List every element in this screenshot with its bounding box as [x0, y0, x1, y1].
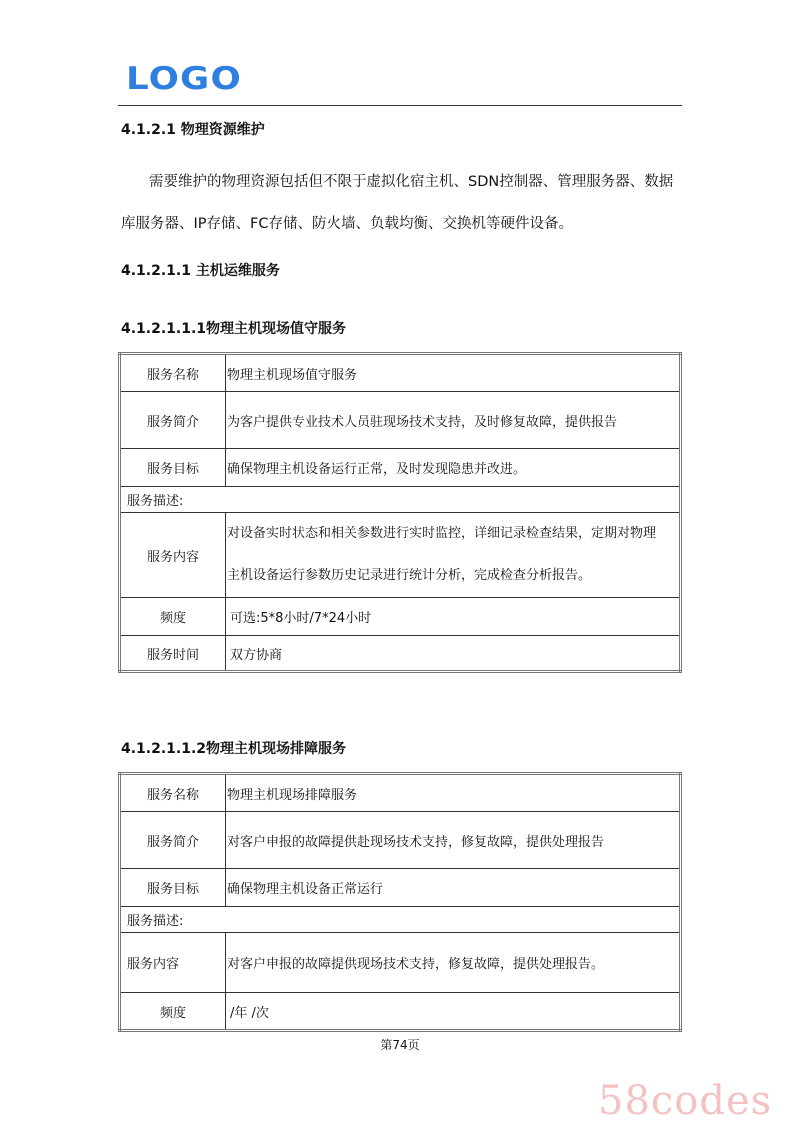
watermark: 58codes — [598, 1078, 772, 1124]
service-heading-2: 4.1.2.1.1.2物理主机现场排障服务 — [121, 739, 346, 759]
content-label: 服务内容 — [120, 513, 226, 598]
frequency-value: 可选:5*8小时/7*24小时 — [226, 598, 681, 636]
table-row: 服务名称 物理主机现场值守服务 — [120, 354, 681, 392]
row-value: 物理主机现场排障服务 — [226, 774, 681, 812]
table-row: 频度 /年 /次 — [120, 993, 681, 1031]
service-table-2: 服务名称 物理主机现场排障服务 服务简介 对客户申报的故障提供赴现场技术支持，修… — [118, 772, 682, 1032]
table-row: 服务简介 对客户申报的故障提供赴现场技术支持，修复故障，提供处理报告 — [120, 812, 681, 869]
row-label: 服务目标 — [120, 449, 226, 487]
description-label: 服务描述: — [120, 907, 681, 933]
row-value: 对客户申报的故障提供赴现场技术支持，修复故障，提供处理报告 — [226, 812, 681, 869]
time-label: 服务时间 — [120, 636, 226, 672]
content-line: 主机设备运行参数历史记录进行统计分析，完成检查分析报告。 — [227, 555, 679, 597]
table-row: 服务内容 对客户申报的故障提供现场技术支持，修复故障，提供处理报告。 — [120, 933, 681, 993]
paragraph-line: 库服务器、IP存储、FC存储、防火墙、负载均衡、交换机等硬件设备。 — [121, 212, 573, 233]
content-label: 服务内容 — [120, 933, 226, 993]
logo: LOGO — [126, 62, 242, 96]
table-row: 服务描述: — [120, 487, 681, 513]
content-line: 对客户申报的故障提供现场技术支持，修复故障，提供处理报告。 — [227, 953, 679, 972]
paragraph-line: 需要维护的物理资源包括但不限于虚拟化宿主机、SDN控制器、管理服务器、数据 — [149, 170, 673, 191]
table-row: 服务时间 双方协商 — [120, 636, 681, 672]
subsection-heading: 4.1.2.1.1 主机运维服务 — [121, 261, 280, 281]
content-line: 对设备实时状态和相关参数进行实时监控，详细记录检查结果，定期对物理 — [227, 513, 679, 555]
frequency-label: 频度 — [120, 598, 226, 636]
row-label: 服务简介 — [120, 392, 226, 449]
row-label: 服务简介 — [120, 812, 226, 869]
row-value: 为客户提供专业技术人员驻现场技术支持，及时修复故障，提供报告 — [226, 392, 681, 449]
table-row: 服务名称 物理主机现场排障服务 — [120, 774, 681, 812]
frequency-value: /年 /次 — [226, 993, 681, 1031]
table-row: 服务描述: — [120, 907, 681, 933]
time-value: 双方协商 — [226, 636, 681, 672]
row-value: 确保物理主机设备正常运行 — [226, 869, 681, 907]
section-heading: 4.1.2.1 物理资源维护 — [121, 120, 265, 140]
table-row: 服务内容 对设备实时状态和相关参数进行实时监控，详细记录检查结果，定期对物理 主… — [120, 513, 681, 598]
table-row: 服务目标 确保物理主机设备正常运行 — [120, 869, 681, 907]
service-table-1: 服务名称 物理主机现场值守服务 服务简介 为客户提供专业技术人员驻现场技术支持，… — [118, 352, 682, 673]
table-row: 服务简介 为客户提供专业技术人员驻现场技术支持，及时修复故障，提供报告 — [120, 392, 681, 449]
description-label: 服务描述: — [120, 487, 681, 513]
content-value: 对设备实时状态和相关参数进行实时监控，详细记录检查结果，定期对物理 主机设备运行… — [226, 513, 681, 598]
content-value: 对客户申报的故障提供现场技术支持，修复故障，提供处理报告。 — [226, 933, 681, 993]
row-value: 物理主机现场值守服务 — [226, 354, 681, 392]
page-number: 第74页 — [0, 1036, 800, 1053]
header-divider — [118, 105, 682, 106]
table-row: 频度 可选:5*8小时/7*24小时 — [120, 598, 681, 636]
row-label: 服务名称 — [120, 354, 226, 392]
frequency-label: 频度 — [120, 993, 226, 1031]
row-label: 服务名称 — [120, 774, 226, 812]
row-label: 服务目标 — [120, 869, 226, 907]
service-heading-1: 4.1.2.1.1.1物理主机现场值守服务 — [121, 319, 346, 339]
row-value: 确保物理主机设备运行正常，及时发现隐患并改进。 — [226, 449, 681, 487]
table-row: 服务目标 确保物理主机设备运行正常，及时发现隐患并改进。 — [120, 449, 681, 487]
